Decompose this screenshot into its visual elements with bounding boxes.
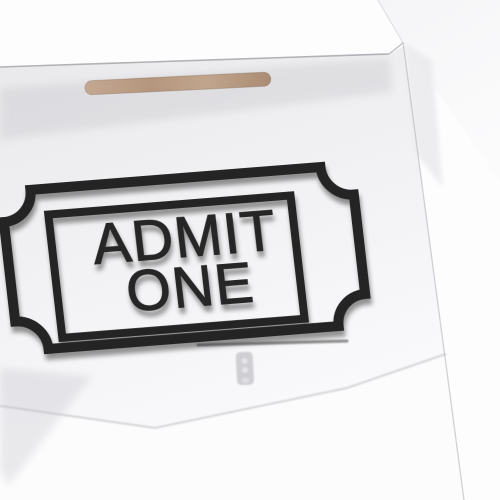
product-photo-shadow-box-bank: ADMIT ONE — [0, 0, 500, 500]
admit-one-ticket: ADMIT ONE — [0, 159, 374, 356]
interior-fastener — [236, 352, 255, 386]
ticket-graphic: ADMIT ONE — [0, 159, 374, 356]
ticket-text-line2: ONE — [123, 251, 258, 325]
